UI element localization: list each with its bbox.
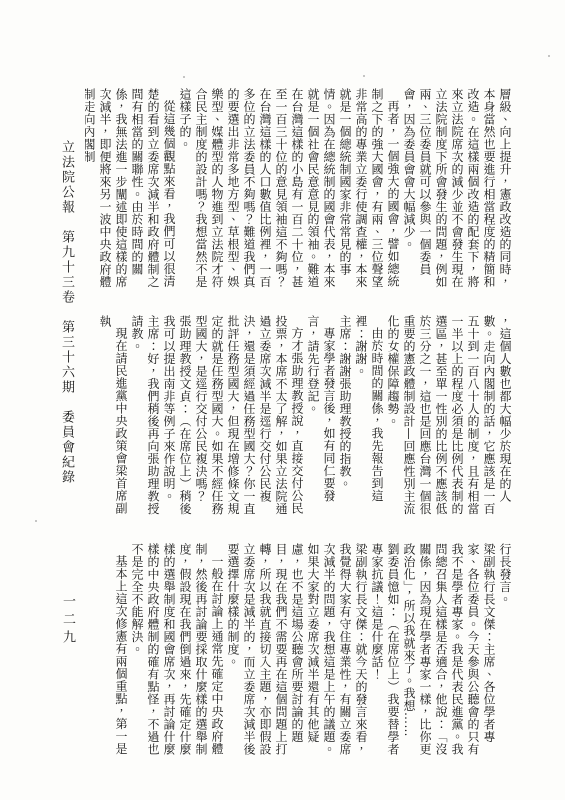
scan-speck: [548, 55, 550, 57]
paragraph: 從這幾個觀點來看，我們可以很清楚的看到立委席次減半和政府體制之間有相當的關聯性。…: [85, 88, 177, 296]
paragraph: 方才張助理教授說，直接交付公民投票，本席不太了解，如果立法院通過立委席次減半是逕…: [193, 315, 305, 523]
paragraph: 張助理教授文貞：（在席位上）稍後我可以提出南非等例子來作說明。: [161, 315, 193, 523]
paragraph: 基本上這次修憲有兩個重點，第一是: [113, 543, 129, 759]
paragraph: 梁副執行長文傑：主席、各位學者專家、各位委員。今天參與公聽會的只有我不是學者專家…: [401, 543, 497, 759]
text-band-middle: ，這個人數也都大幅少於現在的人數。走向內閣制的話，它應該是一百五十到一百八十人的…: [85, 315, 513, 523]
text-band-bottom: 行長發言。梁副執行長文傑：主席、各位學者專家、各位委員。今天參與公聽會的只有我不…: [85, 543, 513, 759]
paragraph: 梁副執行長文傑：就今天的發言來看，我覺得大家有守住專業性，有關立委席次減半的問題…: [225, 543, 369, 759]
page-number: 一二九: [58, 594, 77, 648]
gazette-scanned-page: 立法院公報 第九十三卷 第三十六期 委員會紀錄 層級、向上提升，憲政改造的同時，…: [0, 0, 565, 800]
paragraph: 再者，一個強大的國會，譬如總統制之下的強大國會，有兩、三位聲望非常高的專業立委行…: [177, 88, 401, 296]
paragraph: 主席：好，我們稍後再向張助理教授請教。: [129, 315, 161, 523]
paragraph: 專家學者發言後，如有同仁要發言，請先行登記。: [305, 315, 337, 523]
paragraph: 層級、向上提升，憲政改造的同時，本身當然也要進行相當程度的精簡和改造。在這樣兩個…: [401, 88, 513, 296]
publication-header: 立法院公報 第九十三卷 第三十六期 委員會紀錄: [57, 140, 76, 525]
text-band-top: 層級、向上提升，憲政改造的同時，本身當然也要進行相當程度的精簡和改造。在這樣兩個…: [85, 88, 513, 296]
paragraph: 行長發言。: [497, 543, 513, 759]
scan-speck: [35, 520, 37, 522]
paragraph: ，這個人數也都大幅少於現在的人數。走向內閣制的話，它應該是一百五十到一百八十人的…: [385, 315, 513, 523]
scan-speck: [183, 76, 185, 78]
paragraph: 由於時間的關係，我先報告到這裡：謝謝。: [353, 315, 385, 523]
paragraph: 主席：謝謝張助理教授的指教。: [337, 315, 353, 523]
scan-speck: [363, 75, 365, 77]
paragraph: 劉委員憶如：（在席位上）我要替學者專家抗議！這是什麼話！: [369, 543, 401, 759]
paragraph: 現在請民進黨中央政策會梁首席副執: [97, 315, 129, 523]
paragraph: 一般在討論上通常先確定中央政府體制，然後再討論要採取什麼樣的選舉制度，假設現在我…: [129, 543, 225, 759]
